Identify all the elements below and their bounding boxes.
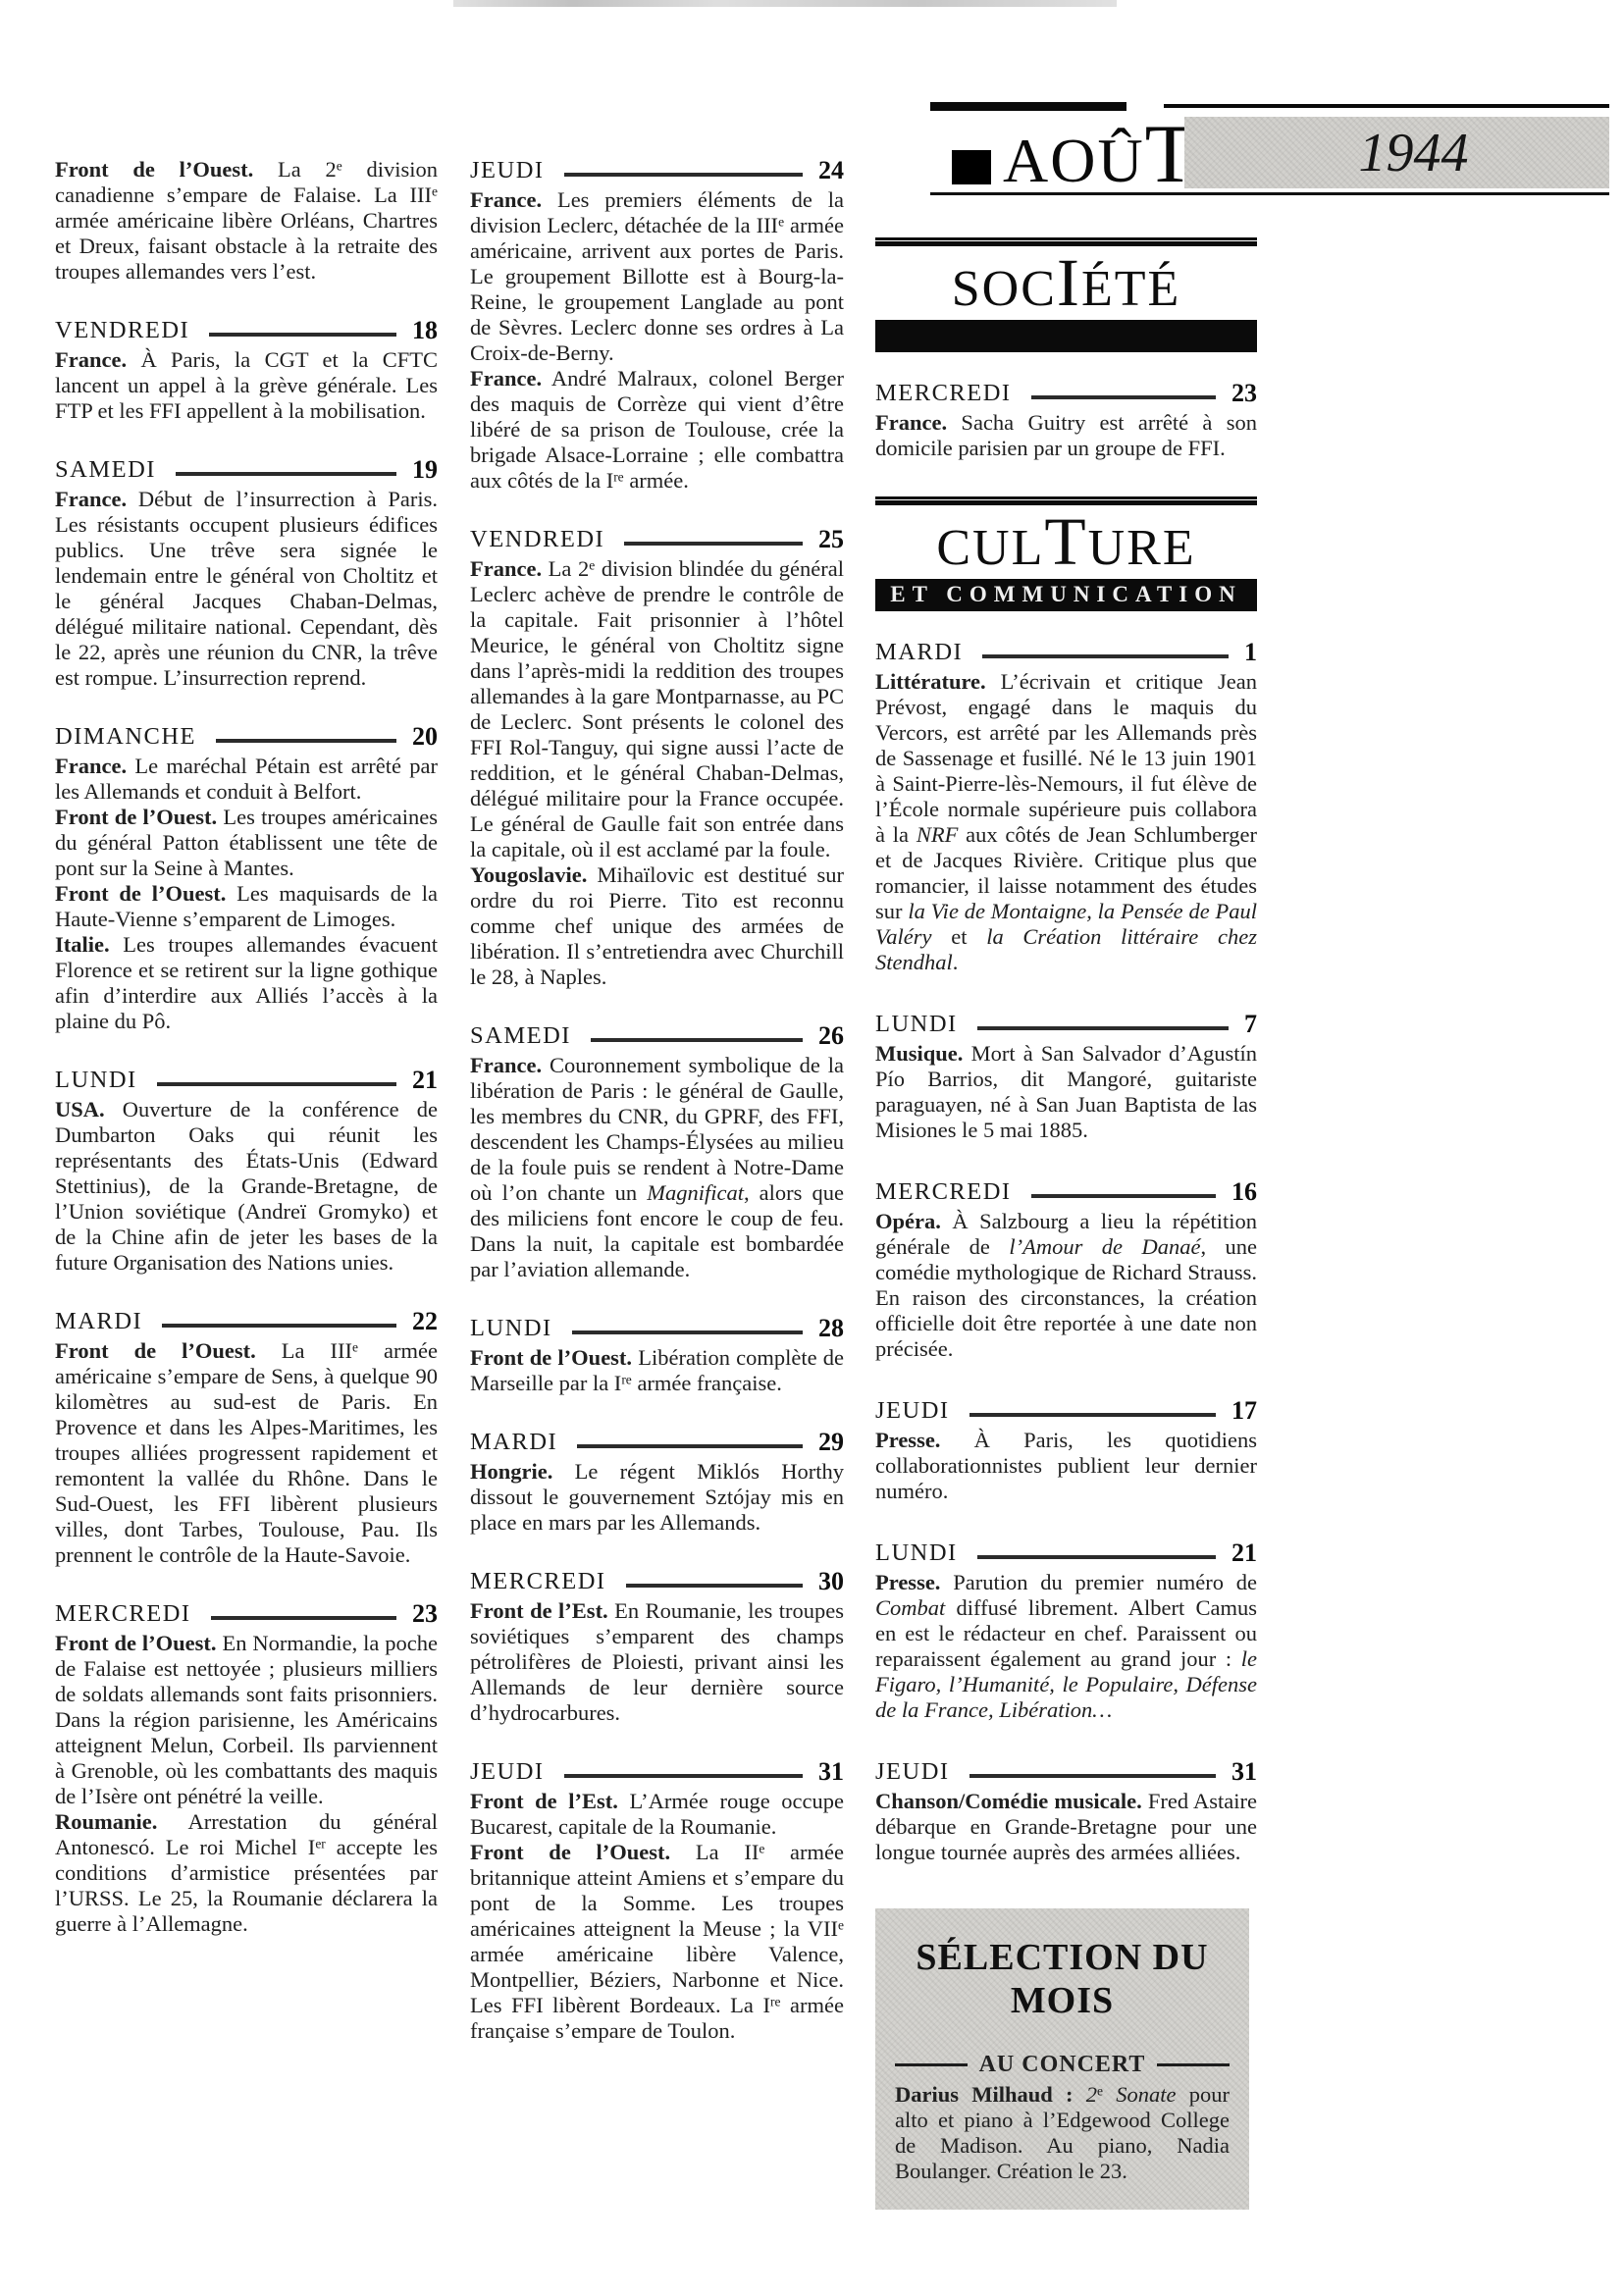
subheading-rule-right (1157, 2063, 1230, 2066)
filled-square-icon (952, 150, 991, 184)
day-number: 31 (1231, 1758, 1257, 1786)
entry-jeudi-31: JEUDI 31 Front de l’Est. L’Armée rouge o… (470, 1758, 844, 2044)
scan-artifact-band (453, 0, 1117, 7)
heading-rule (969, 1774, 1216, 1778)
day-heading: MARDI 29 (470, 1429, 844, 1456)
entry-culture-jeudi-17: JEUDI 17 Presse. À Paris, les quotidiens… (875, 1397, 1257, 1504)
entry-lundi-28: LUNDI 28 Front de l’Ouest. Libération co… (470, 1315, 844, 1396)
year-label: 1944 (1359, 122, 1469, 184)
entry-paragraph: Roumanie. Arrestation du général Antones… (55, 1809, 438, 1937)
day-name: VENDREDI (55, 317, 189, 344)
entry-mardi-22: MARDI 22 Front de l’Ouest. La IIIe armée… (55, 1308, 438, 1568)
subheading-label: AU CONCERT (979, 2052, 1146, 2078)
entry-culture-mercredi-16: MERCREDI 16 Opéra. À Salzbourg a lieu la… (875, 1178, 1257, 1362)
day-name: SAMEDI (55, 456, 156, 484)
section-black-bar: ET COMMUNICATION (875, 579, 1257, 611)
heading-rule (157, 1082, 396, 1086)
day-heading: LUNDI 7 (875, 1011, 1257, 1038)
day-number: 31 (818, 1758, 844, 1786)
section-title-societe: SOCIÉTÉ (875, 248, 1257, 316)
day-name: LUNDI (470, 1315, 552, 1342)
entry-paragraph: Front de l’Ouest. Les maquisards de la H… (55, 881, 438, 932)
day-number: 16 (1231, 1178, 1257, 1206)
heading-rule (969, 1413, 1216, 1417)
day-heading: JEUDI 31 (875, 1758, 1257, 1786)
entry-paragraph: Chanson/Comédie musicale. Fred Astaire d… (875, 1789, 1257, 1865)
day-number: 26 (818, 1022, 844, 1050)
entry-dimanche-20: DIMANCHE 20 France. Le maréchal Pétain e… (55, 723, 438, 1034)
section-subtitle: ET COMMUNICATION (890, 582, 1241, 607)
heading-rule (572, 1330, 803, 1334)
day-name: MARDI (875, 639, 963, 666)
heading-rule (982, 654, 1229, 658)
heading-rule (216, 739, 396, 743)
day-number: 22 (412, 1308, 438, 1335)
heading-rule (626, 1584, 803, 1588)
column-2: JEUDI 24 France. Les premiers éléments d… (470, 157, 844, 2076)
entry-paragraph: France. À Paris, la CGT et la CFTC lance… (55, 347, 438, 424)
day-heading: SAMEDI 26 (470, 1022, 844, 1050)
entry-paragraph: France. Les premiers éléments de la divi… (470, 187, 844, 366)
day-name: SAMEDI (470, 1022, 571, 1050)
day-name: MERCREDI (875, 1178, 1012, 1206)
entry-mercredi-23: MERCREDI 23 Front de l’Ouest. En Normand… (55, 1600, 438, 1937)
day-heading: SAMEDI 19 (55, 456, 438, 484)
heading-rule (977, 1026, 1229, 1030)
entry-paragraph: Front de l’Ouest. La 2e division canadie… (55, 157, 438, 285)
section-title-culture: CULTURE (875, 507, 1257, 575)
day-heading: MERCREDI 23 (875, 380, 1257, 407)
selection-paragraph: Darius Milhaud : 2e Sonate pour alto et … (895, 2082, 1230, 2184)
entry-paragraph: France. André Malraux, colonel Berger de… (470, 366, 844, 494)
day-name: MARDI (55, 1308, 142, 1335)
day-heading: LUNDI 21 (875, 1539, 1257, 1567)
day-heading: MERCREDI 16 (875, 1178, 1257, 1206)
month-header: AOÛT (930, 104, 1197, 188)
entry-culture-jeudi-31: JEUDI 31 Chanson/Comédie musicale. Fred … (875, 1758, 1257, 1865)
day-name: DIMANCHE (55, 723, 196, 751)
day-name: MERCREDI (55, 1600, 191, 1628)
heading-rule (1031, 1194, 1216, 1198)
entry-paragraph: Hongrie. Le régent Miklós Horthy dissout… (470, 1459, 844, 1536)
day-name: JEUDI (470, 1758, 545, 1786)
day-name: MERCREDI (875, 380, 1012, 407)
entry-paragraph: France. Sacha Guitry est arrêté à son do… (875, 410, 1257, 461)
heading-rule (577, 1444, 803, 1448)
day-number: 28 (818, 1315, 844, 1342)
entry-paragraph: Front de l’Ouest. La IIe armée britanniq… (470, 1840, 844, 2044)
entry-vendredi-18: VENDREDI 18 France. À Paris, la CGT et l… (55, 317, 438, 424)
heading-rule (624, 542, 803, 546)
heading-rule (977, 1555, 1216, 1559)
entry-samedi-26: SAMEDI 26 France. Couronnement symboliqu… (470, 1022, 844, 1282)
selection-title: SÉLECTION DU MOIS (895, 1936, 1230, 2022)
entry-paragraph: USA. Ouverture de la conférence de Dumba… (55, 1097, 438, 1276)
day-heading: VENDREDI 18 (55, 317, 438, 344)
entry-continuation: Front de l’Ouest. La 2e division canadie… (55, 157, 438, 285)
entry-samedi-19: SAMEDI 19 France. Début de l’insurrectio… (55, 456, 438, 691)
entry-culture-mardi-1: MARDI 1 Littérature. L’écrivain et criti… (875, 639, 1257, 975)
entry-paragraph: Front de l’Ouest. En Normandie, la poche… (55, 1631, 438, 1809)
day-heading: MERCREDI 23 (55, 1600, 438, 1628)
day-number: 23 (412, 1600, 438, 1628)
day-heading: JEUDI 31 (470, 1758, 844, 1786)
entry-paragraph: France. Le maréchal Pétain est arrêté pa… (55, 754, 438, 805)
entry-lundi-21: LUNDI 21 USA. Ouverture de la conférence… (55, 1067, 438, 1276)
day-heading: JEUDI 17 (875, 1397, 1257, 1425)
selection-du-mois-box: SÉLECTION DU MOIS AU CONCERT Darius Milh… (875, 1908, 1249, 2210)
entry-paragraph: Italie. Les troupes allemandes évacuent … (55, 932, 438, 1034)
header-bottom-rule (930, 192, 1609, 195)
entry-paragraph: Front de l’Ouest. Les troupes américaine… (55, 805, 438, 881)
entry-paragraph: France. La 2e division blindée du généra… (470, 556, 844, 862)
entry-vendredi-25: VENDREDI 25 France. La 2e division blind… (470, 526, 844, 990)
heading-rule (211, 1616, 396, 1620)
day-name: LUNDI (55, 1067, 137, 1094)
entry-paragraph: France. Couronnement symbolique de la li… (470, 1053, 844, 1282)
entry-paragraph: Front de l’Est. L’Armée rouge occupe Buc… (470, 1789, 844, 1840)
entry-culture-lundi-7: LUNDI 7 Musique. Mort à San Salvador d’A… (875, 1011, 1257, 1143)
day-name: JEUDI (875, 1758, 950, 1786)
day-name: JEUDI (875, 1397, 950, 1425)
heading-rule (209, 333, 396, 337)
day-name: LUNDI (875, 1011, 958, 1038)
section-header-culture: CULTURE ET COMMUNICATION (875, 496, 1257, 611)
day-number: 1 (1244, 639, 1257, 666)
column-1: Front de l’Ouest. La 2e division canadie… (55, 157, 438, 1969)
entry-paragraph: Littérature. L’écrivain et critique Jean… (875, 669, 1257, 975)
day-number: 17 (1231, 1397, 1257, 1425)
day-heading: MARDI 1 (875, 639, 1257, 666)
day-heading: MERCREDI 30 (470, 1568, 844, 1595)
entry-paragraph: Presse. Parution du premier numéro de Co… (875, 1570, 1257, 1723)
section-header-societe: SOCIÉTÉ (875, 237, 1257, 352)
day-number: 25 (818, 526, 844, 553)
heading-rule (564, 1774, 803, 1778)
header-rule-thin (1164, 104, 1609, 108)
day-heading: LUNDI 28 (470, 1315, 844, 1342)
heading-rule (1031, 395, 1216, 399)
column-3: SOCIÉTÉ MERCREDI 23 France. Sacha Guitry… (875, 237, 1257, 2210)
day-name: VENDREDI (470, 526, 604, 553)
section-black-bar (875, 320, 1257, 352)
day-number: 21 (1231, 1539, 1257, 1567)
day-number: 20 (412, 723, 438, 751)
day-heading: JEUDI 24 (470, 157, 844, 184)
day-number: 18 (412, 317, 438, 344)
day-heading: LUNDI 21 (55, 1067, 438, 1094)
selection-subheading: AU CONCERT (895, 2052, 1230, 2078)
day-name: LUNDI (875, 1539, 958, 1567)
day-number: 19 (412, 456, 438, 484)
entry-culture-lundi-21: LUNDI 21 Presse. Parution du premier num… (875, 1539, 1257, 1723)
heading-rule (162, 1324, 396, 1328)
month-title: AOÛT (1003, 121, 1197, 188)
day-number: 7 (1244, 1011, 1257, 1038)
heading-rule (176, 472, 396, 476)
year-box: 1944 (1184, 117, 1609, 188)
entry-paragraph: Front de l’Ouest. La IIIe armée américai… (55, 1338, 438, 1568)
day-name: JEUDI (470, 157, 545, 184)
entry-paragraph: France. Début de l’insurrection à Paris.… (55, 487, 438, 691)
entry-mardi-29: MARDI 29 Hongrie. Le régent Miklós Horth… (470, 1429, 844, 1536)
entry-paragraph: Opéra. À Salzbourg a lieu la répétition … (875, 1209, 1257, 1362)
day-number: 30 (818, 1568, 844, 1595)
entry-paragraph: Front de l’Ouest. Libération complète de… (470, 1345, 844, 1396)
entry-mercredi-30: MERCREDI 30 Front de l’Est. En Roumanie,… (470, 1568, 844, 1726)
subheading-rule-left (895, 2063, 968, 2066)
magazine-page: { "colors": { "ink":"#202020", "bar_blac… (0, 0, 1624, 2295)
entry-paragraph: Presse. À Paris, les quotidiens collabor… (875, 1428, 1257, 1504)
entry-paragraph: Yougoslavie. Mihaïlovic est destitué sur… (470, 862, 844, 990)
entry-paragraph: Musique. Mort à San Salvador d’Agustín P… (875, 1041, 1257, 1143)
day-heading: MARDI 22 (55, 1308, 438, 1335)
day-number: 29 (818, 1429, 844, 1456)
entry-societe-mercredi-23: MERCREDI 23 France. Sacha Guitry est arr… (875, 380, 1257, 461)
day-name: MARDI (470, 1429, 557, 1456)
day-heading: DIMANCHE 20 (55, 723, 438, 751)
entry-jeudi-24: JEUDI 24 France. Les premiers éléments d… (470, 157, 844, 494)
day-heading: VENDREDI 25 (470, 526, 844, 553)
day-name: MERCREDI (470, 1568, 606, 1595)
day-number: 24 (818, 157, 844, 184)
entry-paragraph: Front de l’Est. En Roumanie, les troupes… (470, 1598, 844, 1726)
day-number: 21 (412, 1067, 438, 1094)
heading-rule (591, 1038, 803, 1042)
day-number: 23 (1231, 380, 1257, 407)
heading-rule (564, 173, 803, 177)
